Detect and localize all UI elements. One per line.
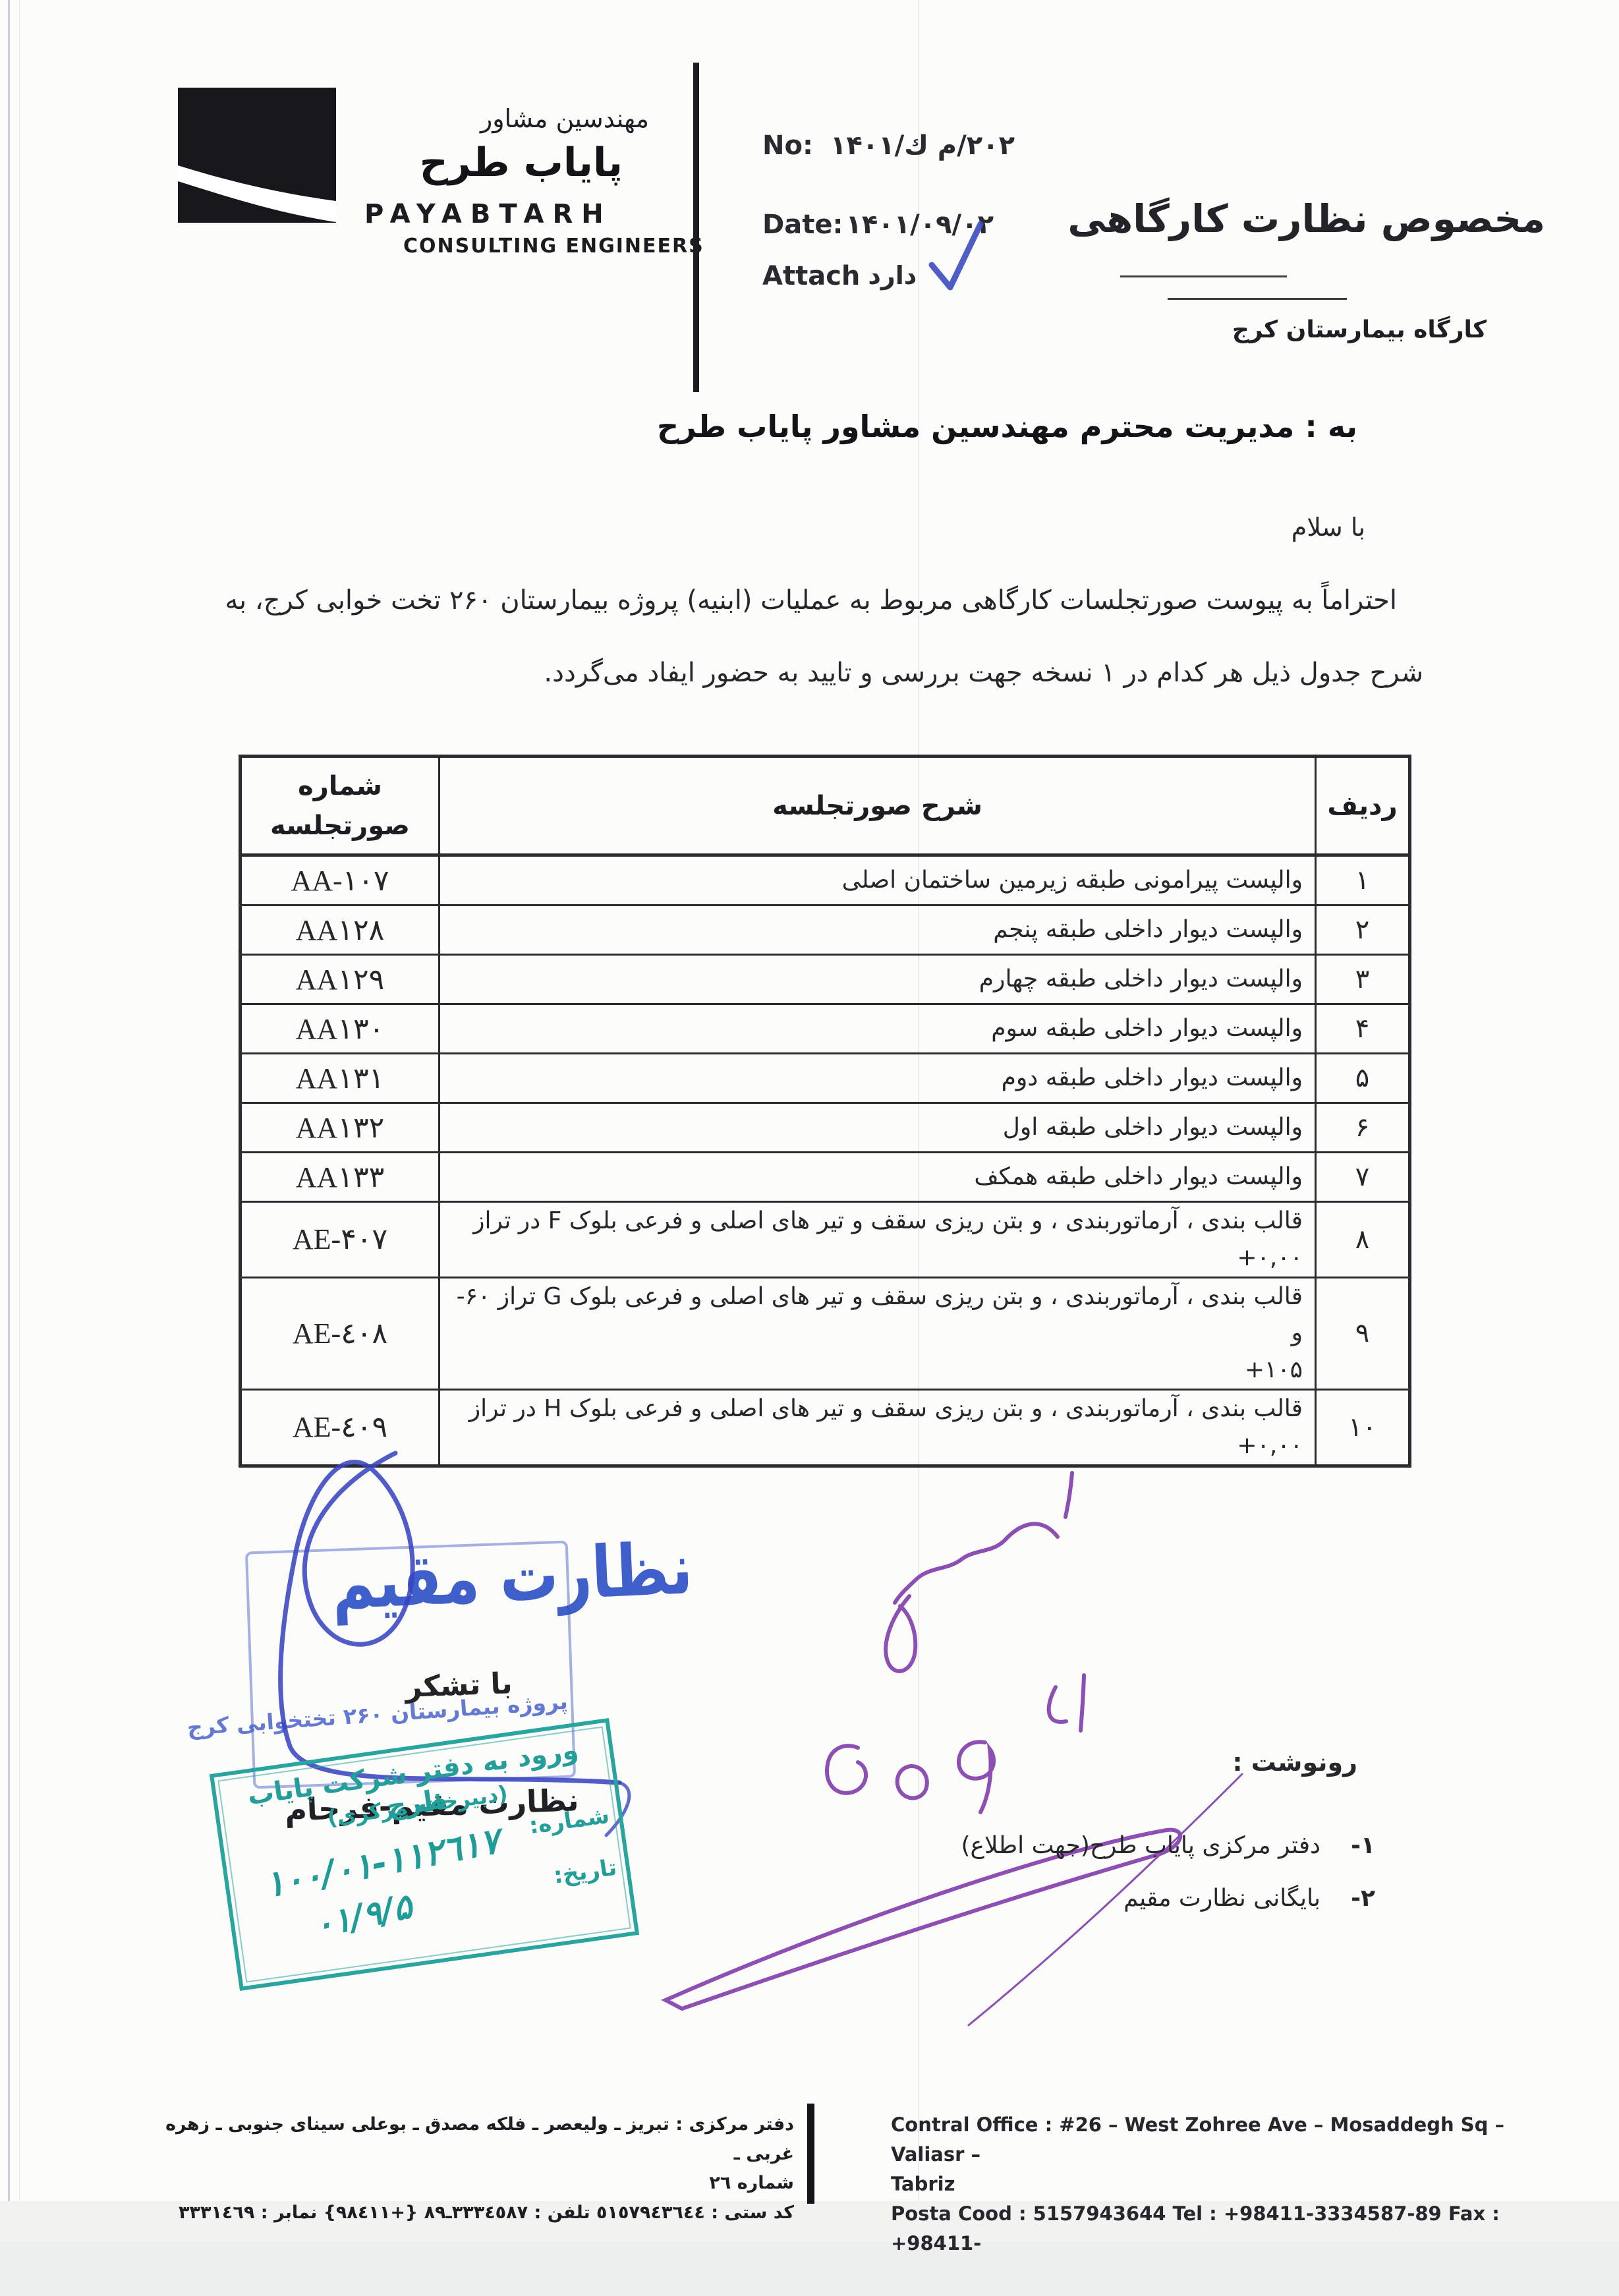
- payabtarh-logo-icon: [178, 88, 336, 223]
- body-line-2: شرح جدول ذیل هر کدام در ۱ نسخه جهت بررسی…: [544, 658, 1423, 688]
- cell-description: والپست دیوار داخلی طبقه دوم: [440, 1054, 1316, 1103]
- cell-description: قالب بندی ، آرماتوربندی ، و بتن ریزی سقف…: [440, 1277, 1316, 1389]
- scanned-letter-page: مهندسین مشاور پایاب طرح PAYABTARH CONSUL…: [0, 0, 1619, 2296]
- brand-fa-large: پایاب طرح: [420, 140, 623, 186]
- cell-doc-no: AA۱۳۲: [241, 1103, 440, 1153]
- cell-description-line1: قالب بندی ، آرماتوربندی ، و بتن ریزی سقف…: [457, 1283, 1303, 1347]
- cell-row-no: ۶: [1316, 1103, 1410, 1153]
- cell-row-no: ۷: [1316, 1153, 1410, 1202]
- cell-doc-no: AA۱۳۰: [241, 1004, 440, 1054]
- cell-doc-no: AA-۱۰۷: [241, 855, 440, 905]
- dept-subtitle: کارگاه بیمارستان کرج: [1232, 316, 1487, 343]
- dept-title: مخصوص نظارت کارگاهی: [1067, 196, 1545, 241]
- cell-doc-no: AE-۴۰۷: [241, 1202, 440, 1278]
- cell-description: والپست دیوار داخلی طبقه همکف: [440, 1153, 1316, 1202]
- purple-handwritten-signature: [626, 1437, 1285, 2059]
- cell-row-no: ۵: [1316, 1054, 1410, 1103]
- cell-description: والپست دیوار داخلی طبقه اول: [440, 1103, 1316, 1153]
- table-row: ۹ قالب بندی ، آرماتوربندی ، و بتن ریزی س…: [241, 1277, 1410, 1389]
- dept-underline-2: [1168, 298, 1347, 300]
- copy-item: ۱- دفتر مرکزی پایاب طرح(جهت اطلاع): [961, 1832, 1375, 1859]
- copy-item-number: ۲-: [1351, 1885, 1375, 1912]
- cell-row-no: ۱: [1316, 855, 1410, 905]
- col-header-row-no: ردیف: [1316, 757, 1410, 855]
- date-label: Date:: [762, 210, 843, 240]
- col-header-description: شرح صورتجلسه: [440, 757, 1316, 855]
- copy-item-text: دفتر مرکزی پایاب طرح(جهت اطلاع): [961, 1832, 1321, 1859]
- minutes-table: ردیف شرح صورتجلسه شماره صورتجلسه ۱ والپس…: [239, 755, 1408, 1468]
- copy-item-number: ۱-: [1351, 1832, 1375, 1859]
- no-label: No:: [762, 130, 813, 161]
- footer-fa-line3: کد ستی : ٥١٥٧٩٤٣٦٤٤ تلفن : ٣٣٣٤٥٨٧ـ٨٩ {+…: [135, 2198, 794, 2228]
- footer-en-line2: Tabriz: [891, 2169, 1523, 2199]
- recipient-line: به : مدیریت محترم مهندسین مشاور پایاب طر…: [657, 409, 1357, 444]
- cell-description: قالب بندی ، آرماتوربندی ، و بتن ریزی سقف…: [440, 1202, 1316, 1278]
- no-value: ۲۰۲/م ك/۱۴۰۱: [830, 130, 1015, 161]
- cell-doc-no: AA۱۳۱: [241, 1054, 440, 1103]
- cell-row-no: ۸: [1316, 1202, 1410, 1278]
- cell-description: والپست دیوار داخلی طبقه چهارم: [440, 955, 1316, 1004]
- cell-doc-no: AA۱۲۸: [241, 905, 440, 955]
- table-row: ۸ قالب بندی ، آرماتوربندی ، و بتن ریزی س…: [241, 1202, 1410, 1278]
- brand-en: PAYABTARH: [364, 199, 612, 229]
- copy-item-text: بایگانی نظارت مقیم: [1123, 1885, 1321, 1912]
- cell-doc-no: AA۱۳۳: [241, 1153, 440, 1202]
- footer-divider-bar: [807, 2104, 814, 2204]
- scan-edge-line: [8, 0, 10, 2296]
- footer-en-line1: Contral Office : #26 – West Zohree Ave –…: [891, 2110, 1523, 2169]
- dept-underline: [1120, 275, 1287, 277]
- cell-description: والپست پیرامونی طبقه زیرمین ساختمان اصلی: [440, 855, 1316, 905]
- footer-address-fa: دفتر مرکزی : تبریز ـ ولیعصر ـ فلکه مصدق …: [135, 2110, 794, 2227]
- table-row: ۴ والپست دیوار داخلی طبقه سوم AA۱۳۰: [241, 1004, 1410, 1054]
- footer-address-en: Contral Office : #26 – West Zohree Ave –…: [891, 2110, 1523, 2258]
- footer-fa-line1: دفتر مرکزی : تبریز ـ ولیعصر ـ فلکه مصدق …: [135, 2110, 794, 2169]
- cell-row-no: ۱۰: [1316, 1389, 1410, 1466]
- letter-number-row: No: ۲۰۲/م ك/۱۴۰۱: [762, 130, 1015, 161]
- attach-value: دارد: [868, 261, 917, 290]
- footer-fa-line2: شماره ۲٦: [135, 2169, 794, 2198]
- footer-en-line3: Posta Cood : 5157943644 Tel : +98411-333…: [891, 2199, 1523, 2258]
- cell-row-no: ۴: [1316, 1004, 1410, 1054]
- cell-description-line2: ۱۰۵+: [1245, 1356, 1303, 1383]
- table-row: ۲ والپست دیوار داخلی طبقه پنجم AA۱۲۸: [241, 905, 1410, 955]
- col-header-doc-no-line1: شماره: [298, 771, 382, 801]
- cell-row-no: ۹: [1316, 1277, 1410, 1389]
- cell-doc-no: AA۱۲۹: [241, 955, 440, 1004]
- greeting-line: با سلام: [1292, 513, 1365, 542]
- attach-label: Attach: [762, 261, 860, 291]
- table-row: ۱ والپست پیرامونی طبقه زیرمین ساختمان اص…: [241, 855, 1410, 905]
- header-divider-line: [693, 63, 699, 392]
- table-row: ۷ والپست دیوار داخلی طبقه همکف AA۱۳۳: [241, 1153, 1410, 1202]
- blue-pen-checkmark-icon: [925, 217, 986, 298]
- copies-label: رونوشت :: [1232, 1748, 1357, 1777]
- brand-en-sub: CONSULTING ENGINEERS: [403, 235, 704, 258]
- cell-description: والپست دیوار داخلی طبقه سوم: [440, 1004, 1316, 1054]
- brand-fa-small: مهندسین مشاور: [480, 104, 649, 133]
- table-row: ۳ والپست دیوار داخلی طبقه چهارم AA۱۲۹: [241, 955, 1410, 1004]
- copy-item: ۲- بایگانی نظارت مقیم: [1123, 1885, 1375, 1912]
- table-row: ۵ والپست دیوار داخلی طبقه دوم AA۱۳۱: [241, 1054, 1410, 1103]
- table-header-row: ردیف شرح صورتجلسه شماره صورتجلسه: [241, 757, 1410, 855]
- cell-description: والپست دیوار داخلی طبقه پنجم: [440, 905, 1316, 955]
- body-line-1: احتراماً به پیوست صورتجلسات کارگاهی مربو…: [225, 585, 1397, 616]
- col-header-doc-no-line2: صورتجلسه: [270, 811, 410, 841]
- attachment-row: Attach دارد: [762, 261, 948, 291]
- cell-row-no: ۳: [1316, 955, 1410, 1004]
- table-row: ۶ والپست دیوار داخلی طبقه اول AA۱۳۲: [241, 1103, 1410, 1153]
- col-header-doc-no: شماره صورتجلسه: [241, 757, 440, 855]
- cell-doc-no: AE-٤۰۸: [241, 1277, 440, 1389]
- cell-row-no: ۲: [1316, 905, 1410, 955]
- scan-edge-line-2: [19, 0, 20, 2296]
